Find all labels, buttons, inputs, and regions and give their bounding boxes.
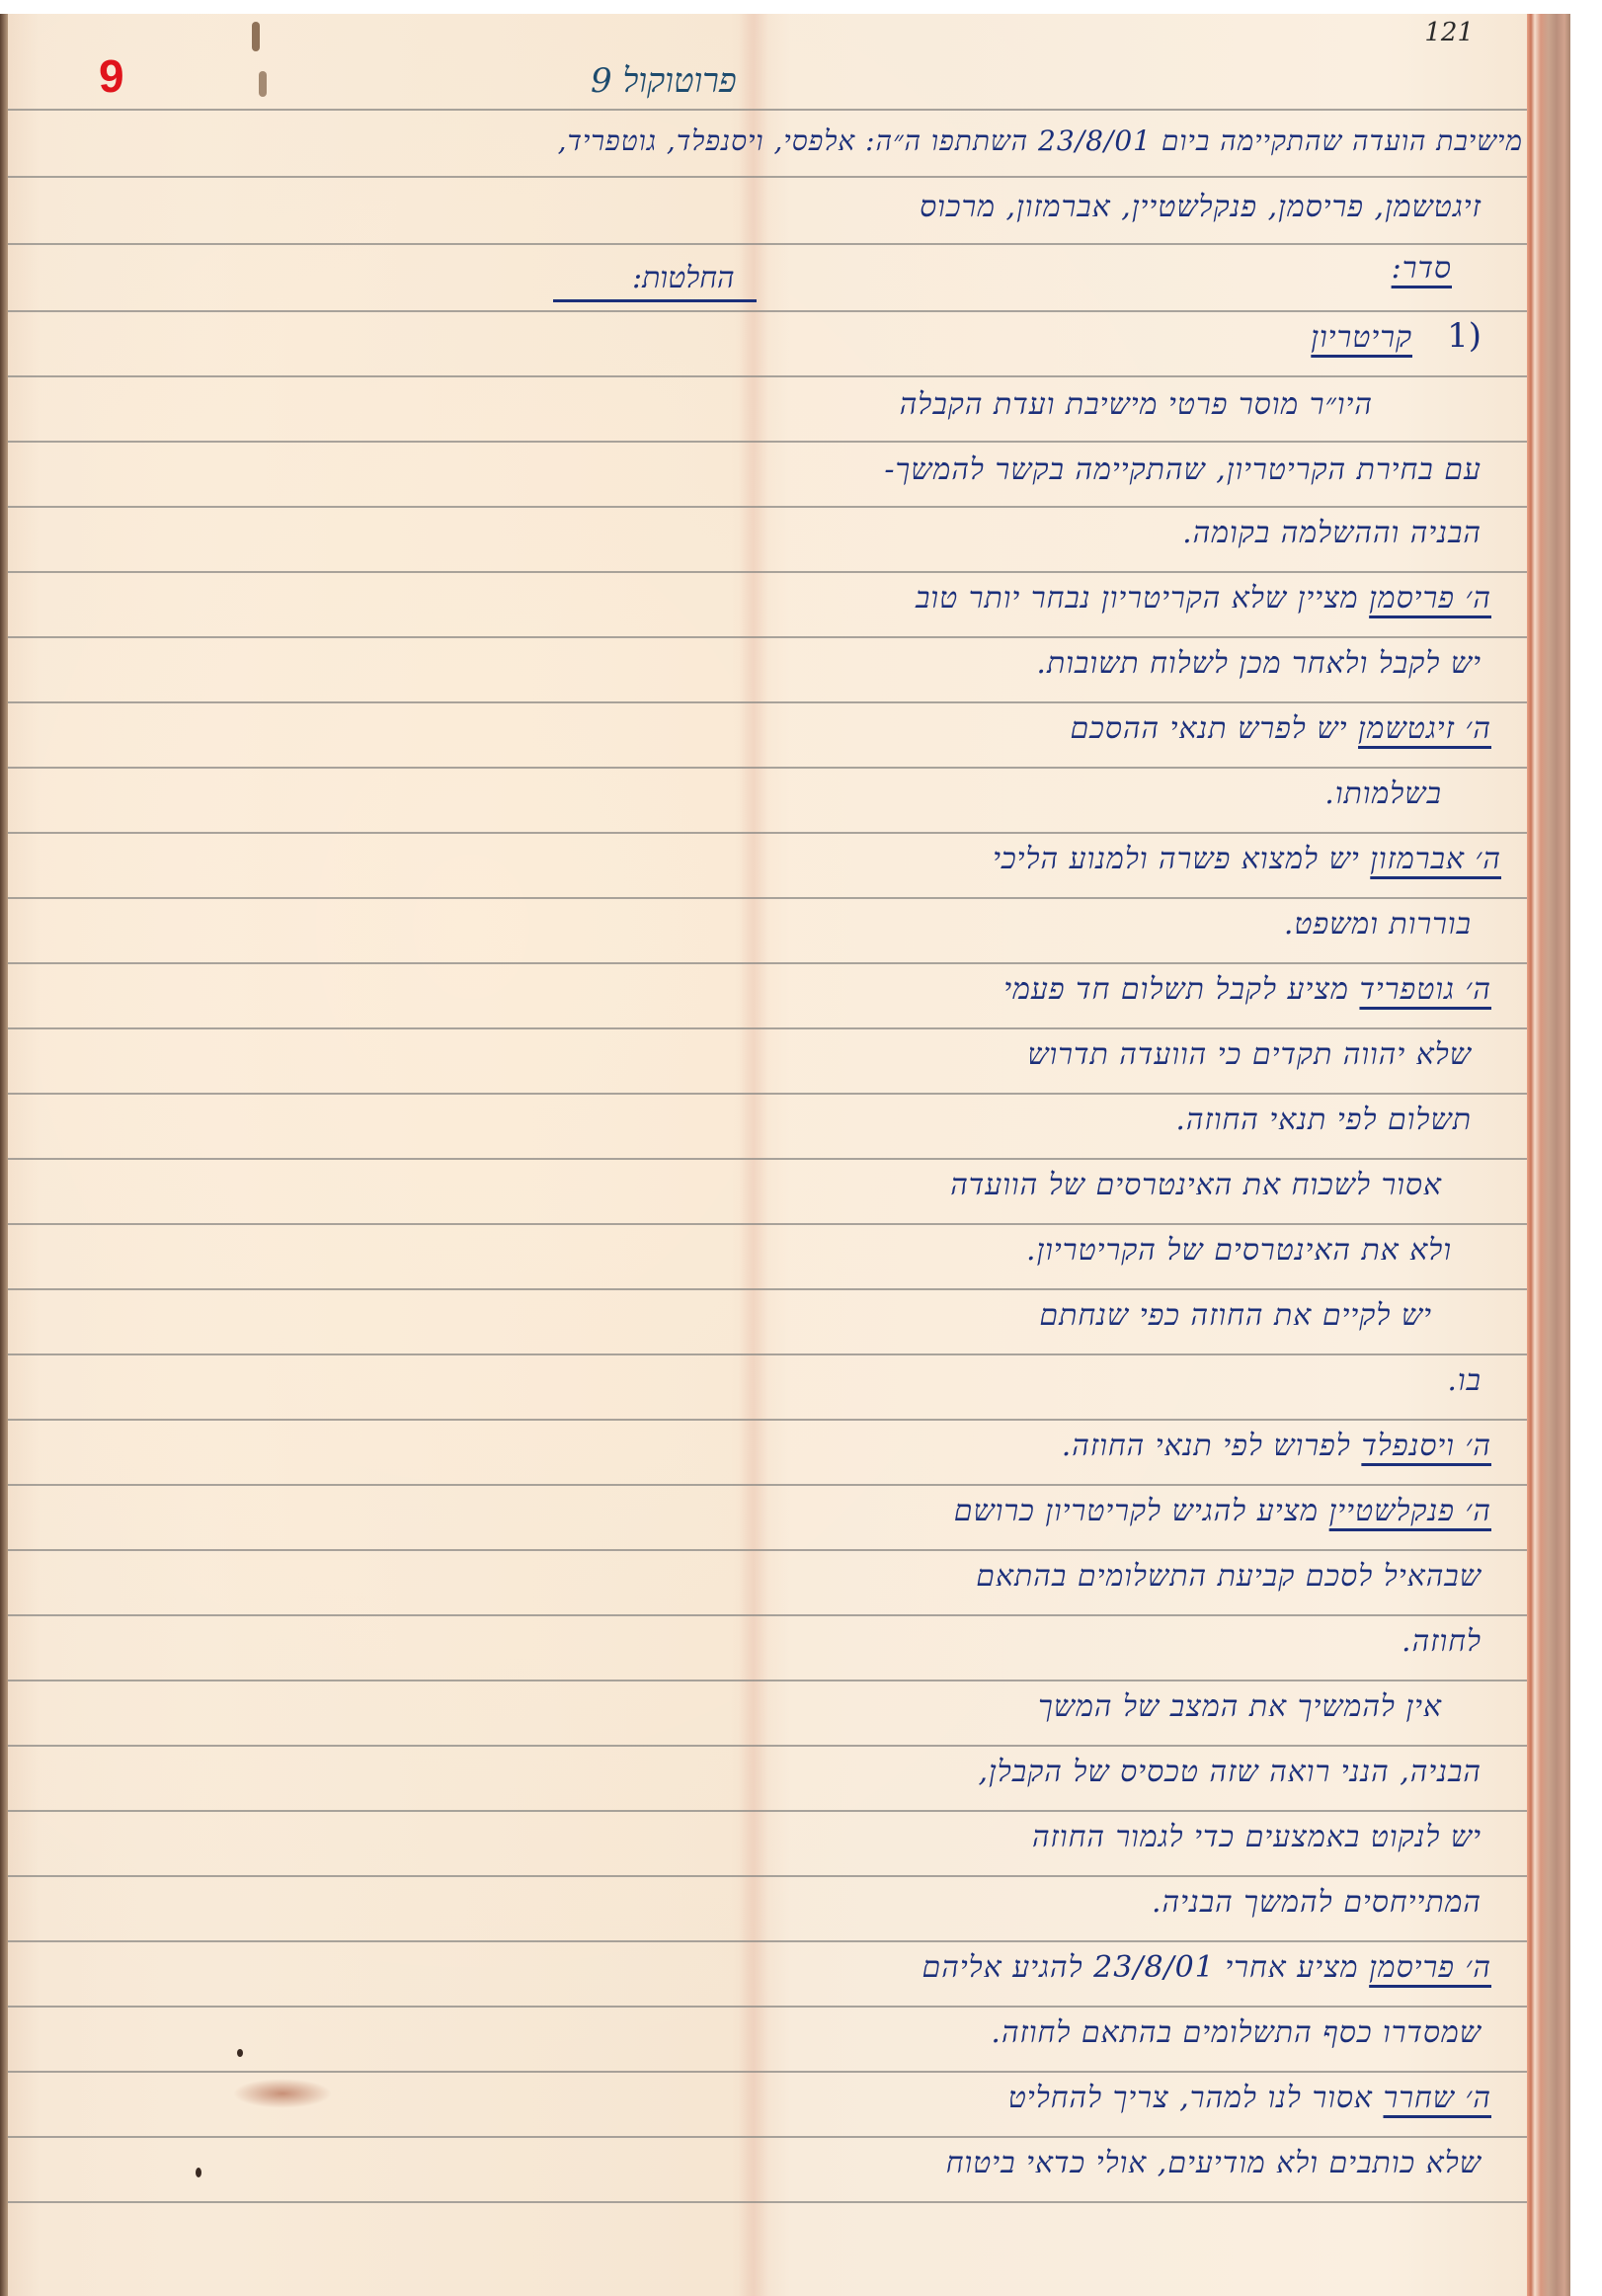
text-line: בו. xyxy=(1447,1363,1482,1398)
text-line: הבניה, הנני רואה שזה טכסיס של הקבלן, xyxy=(979,1755,1482,1789)
ink-dot xyxy=(237,2049,243,2057)
ruled-line xyxy=(8,1680,1527,1681)
ruled-line xyxy=(8,1940,1527,1942)
speaker-name: ה׳ פריסמן xyxy=(1369,581,1491,615)
speaker-name: ה׳ פנקלשטיין xyxy=(1329,1494,1491,1528)
ruled-line xyxy=(8,1353,1527,1355)
speaker-name: ה׳ אברמזון xyxy=(1370,842,1501,876)
ruled-line xyxy=(8,897,1527,899)
speaker-name: ה׳ פריסמן xyxy=(1369,1950,1491,1985)
speaker-name: ה׳ גוטפריד xyxy=(1359,972,1491,1007)
ruled-line xyxy=(8,1027,1527,1029)
ruled-line xyxy=(8,701,1527,703)
speaker-text: מציע אחרי 23/8/01 להגיע אליהם xyxy=(922,1950,1359,1985)
ruled-line xyxy=(8,1484,1527,1486)
ruled-line xyxy=(8,1288,1527,1290)
text-line: שלא כותבים ולא מודיעים, אולי כדאי ביטוח xyxy=(946,2146,1482,2180)
paper-speck xyxy=(259,71,267,97)
text-line: הבניה וההשלמה בקומה. xyxy=(1182,516,1482,550)
speaker-text: מציע להגיש לקריטריון כרושם xyxy=(954,1494,1319,1528)
ruled-line xyxy=(8,2071,1527,2073)
speaker-line: ה׳ גוטפריד מציע לקבל תשלום חד פעמי xyxy=(1003,972,1491,1007)
paper-speck xyxy=(252,22,260,51)
text-line: שמסדרו כסף התשלומים בהתאם לחוזה. xyxy=(991,2015,1482,2050)
speaker-name: ה׳ שחרר xyxy=(1383,2081,1491,2115)
speaker-line: ה׳ פנקלשטיין מציע להגיש לקריטריון כרושם xyxy=(954,1494,1491,1528)
text-line: היו״ר מוסר פרטי מישיבת ועדת הקבלה xyxy=(900,387,1373,422)
attendance-line: זיגטשמן, פריסמן, פנקלשטיין, אברמזון, מרכ… xyxy=(920,190,1482,224)
speaker-text: אסור לנו למהר, צריך להחליט xyxy=(1008,2081,1373,2115)
decisions-label: החלטות: xyxy=(553,261,757,302)
speaker-text: לפרוש לפי תנאי החוזה. xyxy=(1062,1429,1351,1463)
ruled-line xyxy=(8,375,1527,377)
ruled-line xyxy=(8,1419,1527,1421)
ink-dot xyxy=(196,2168,201,2177)
ruled-line xyxy=(8,310,1527,312)
notebook-page: 9 121 פרוטוקול 9 מישיבת הועדה שהתקיימה ב… xyxy=(0,14,1570,2296)
attendance-line: מישיבת הועדה שהתקיימה ביום 23/8/01 השתתפ… xyxy=(558,124,1523,158)
speaker-line: ה׳ ויסנפלד לפרוש לפי תנאי החוזה. xyxy=(1062,1429,1491,1463)
speaker-line: ה׳ אברמזון יש למצוא פשרה ולמנוע הליכי xyxy=(993,842,1501,876)
ruled-line xyxy=(8,2201,1527,2203)
ruled-line xyxy=(8,176,1527,178)
ruled-line xyxy=(8,1158,1527,1160)
text-line: בשלמותו. xyxy=(1324,777,1442,811)
ruled-line xyxy=(8,1614,1527,1616)
speaker-text: יש למצוא פשרה ולמנוע הליכי xyxy=(993,842,1360,876)
speaker-line: ה׳ שחרר אסור לנו למהר, צריך להחליט xyxy=(1008,2081,1491,2115)
text-line: שלא יהווה תקדים כי הוועדה תדרוש xyxy=(1027,1037,1472,1072)
text-line: יש לקיים את החוזה כפי שנחתם xyxy=(1039,1298,1432,1333)
page-fold-shadow xyxy=(739,14,768,2296)
speaker-text: מציין שלא הקריטריון נבחר יותר טוב xyxy=(916,581,1359,615)
ruled-line xyxy=(8,1810,1527,1812)
ruled-line xyxy=(8,832,1527,834)
ruled-line xyxy=(8,2006,1527,2008)
text-line: אסור לשכוח את האינטרסים של הוועדה xyxy=(950,1168,1442,1202)
page-left-edge xyxy=(0,14,8,2296)
ruled-line xyxy=(8,767,1527,769)
speaker-line: ה׳ פריסמן מציין שלא הקריטריון נבחר יותר … xyxy=(916,581,1491,615)
ruled-line xyxy=(8,441,1527,443)
ruled-line xyxy=(8,506,1527,508)
page-title: פרוטוקול 9 xyxy=(591,61,737,101)
text-line: שבהאיל לסכם קביעת התשלומים בהתאם xyxy=(976,1559,1482,1594)
ruled-line xyxy=(8,1875,1527,1877)
ruled-line xyxy=(8,1549,1527,1551)
ruled-line xyxy=(8,962,1527,964)
corner-page-number: 121 xyxy=(1424,18,1474,47)
speaker-line: ה׳ זיגטשמן יש לפרש תנאי ההסכם xyxy=(1071,711,1491,746)
item-heading: קריטריון xyxy=(1311,320,1412,355)
speaker-name: ה׳ זיגטשמן xyxy=(1358,711,1491,746)
text-line: המתייחסים להמשך הבניה. xyxy=(1152,1885,1482,1920)
ruled-line xyxy=(8,2136,1527,2138)
paper-stain xyxy=(233,2079,332,2108)
ruled-line xyxy=(8,109,1527,111)
ruled-line xyxy=(8,1745,1527,1747)
item-number: 1) xyxy=(1447,316,1482,356)
ruled-line xyxy=(8,636,1527,638)
text-line: אין להמשיך את המצב של המשך xyxy=(1038,1689,1442,1724)
speaker-text: יש לפרש תנאי ההסכם xyxy=(1071,711,1348,746)
ruled-line xyxy=(8,1093,1527,1095)
text-line: יש לקבל ולאחר מכן לשלוח תשובות. xyxy=(1036,646,1482,681)
ruled-line xyxy=(8,1223,1527,1225)
text-line: בוררות ומשפט. xyxy=(1284,907,1472,942)
agenda-label: סדר: xyxy=(1392,251,1452,286)
ruled-line xyxy=(8,243,1527,245)
text-line: ולא את האינטרסים של הקריטריון. xyxy=(1026,1233,1452,1268)
text-line: יש לנקוט באמצעים כדי לגמור החוזה xyxy=(1032,1820,1482,1854)
speaker-line: ה׳ פריסמן מציע אחרי 23/8/01 להגיע אליהם xyxy=(922,1950,1491,1985)
notebook-binding xyxy=(1527,14,1570,2296)
text-line: תשלום לפי תנאי החוזה. xyxy=(1175,1103,1472,1137)
speaker-text: מציע לקבל תשלום חד פעמי xyxy=(1003,972,1349,1007)
text-line: עם בחירת הקריטריון, שהתקיימה בקשר להמשך- xyxy=(884,452,1482,487)
ruled-line xyxy=(8,571,1527,573)
page-badge: 9 xyxy=(99,49,124,103)
speaker-name: ה׳ ויסנפלד xyxy=(1361,1429,1491,1463)
text-line: לחוזה. xyxy=(1402,1624,1482,1659)
